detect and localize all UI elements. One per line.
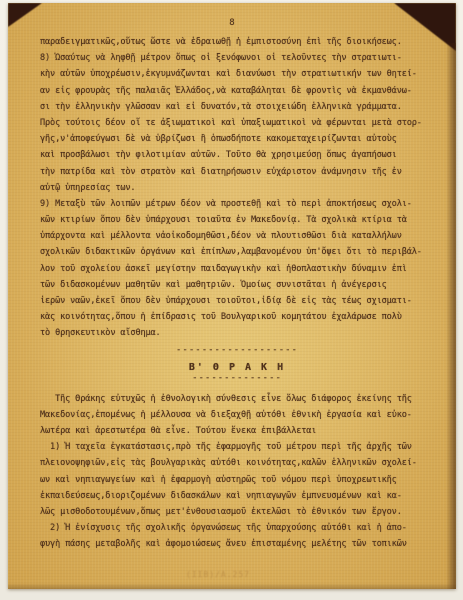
text-line: 8) Ὡσαύτως νὰ ληφθῇ μέτρον ὅπως οἱ ξενόφ… bbox=[40, 50, 434, 66]
page-edge-shadow-right bbox=[446, 43, 456, 589]
text-line: κῶν κτιρίων ὅπου δὲν ὑπάρχουσι τοιαῦτα ἐ… bbox=[40, 212, 434, 228]
faint-archive-mark: (ΙΙΒ)/Α.257 bbox=[186, 570, 250, 579]
page-edge-shadow-bottom bbox=[8, 583, 456, 589]
document-page: 8 παραδειγματικῶς,οὕτως ὥστε νὰ ἑδραιωθῇ… bbox=[8, 3, 456, 589]
text-line: λον τοῦ σχολείου ἀσκεῖ μεγίστην παιδαγωγ… bbox=[40, 261, 434, 277]
text-line: Μακεδονίας,ἑπομένως ἡ μέλλουσα νὰ διεξαχ… bbox=[40, 407, 434, 423]
thrace-paragraph: Τῆς Θράκης εὐτυχῶς ἡ ἐθνολογικὴ σύνθεσις… bbox=[40, 391, 434, 553]
text-line: ἐκπαιδεύσεως,διοριζομένων διδασκάλων καὶ… bbox=[40, 488, 434, 504]
text-line: λωτέρα καὶ ἀρεστωτέρα θὰ εἶνε. Τούτου ἕν… bbox=[40, 423, 434, 439]
text-line: Πρὸς τούτοις δέον οἵ τε ἀξιωματικοὶ καὶ … bbox=[40, 115, 434, 131]
text-line: ἱερῶν ναῶν,ἐκεῖ ὅπου δὲν ὑπάρχουσι τοιοῦ… bbox=[40, 293, 434, 309]
text-line: αὐτῷ ὑπηρεσίας των. bbox=[40, 180, 434, 196]
text-line: κὴν αὐτῶν ὑποχρέωσιν,ἐκγυμνάζωνται καὶ δ… bbox=[40, 66, 434, 82]
text-line: τὸ θρησκευτικὸν αἴσθημα. bbox=[40, 325, 434, 341]
text-line: λῶς μισθοδοτουμένων,ὅπως μετ'ἐνθουσιασμο… bbox=[40, 504, 434, 520]
text-line: φυγὴ πάσης μεταβολῆς καὶ ἀφομοιώσεως ἄνε… bbox=[40, 536, 434, 552]
scan-background: 8 παραδειγματικῶς,οὕτως ὥστε νὰ ἑδραιωθῇ… bbox=[0, 0, 463, 600]
text-line: ων καὶ νηπιαγωγείων καὶ ἡ ἐφαρμογὴ αὐστη… bbox=[40, 472, 434, 488]
text-line: 1) Ἡ ταχεῖα ἐγκατάστασις,πρὸ τῆς ἐφαρμογ… bbox=[40, 439, 434, 455]
text-line: τὴν πατρίδα καὶ τὸν στρατὸν καὶ διατηρήσ… bbox=[40, 164, 434, 180]
section-title-underline: -------------- bbox=[40, 374, 434, 382]
page-number: 8 bbox=[8, 3, 456, 28]
text-line: ὑπάρχοντα καὶ μέλλοντα νἀοἰκοδομηθῶσι,δέ… bbox=[40, 228, 434, 244]
text-line: κὰς κοινότητας,ὅπου ἡ ἐπίδρασις τοῦ Βουλ… bbox=[40, 309, 434, 325]
text-line: σι τὴν ἑλληνικὴν γλῶσσαν καὶ εἰ δυνατόν,… bbox=[40, 99, 434, 115]
text-line: σχολικῶν διδακτικῶν ὀργάνων καὶ ἐπίπλων,… bbox=[40, 244, 434, 260]
section-separator: ------------------- bbox=[40, 345, 434, 355]
text-line: αν εἰς φρουρὰς τῆς παλαιᾶς Ἑλλάδος,νὰ κα… bbox=[40, 83, 434, 99]
page-corner-shadow-topleft bbox=[8, 3, 42, 27]
section-title: Β' Θ Ρ Α Κ Η bbox=[40, 361, 434, 374]
text-line: γῆς,ν'ἀποφεύγωσι δὲ νὰ ὑβρίζωσι ἢ ὁπωσδή… bbox=[40, 131, 434, 147]
text-line: παραδειγματικῶς,οὕτως ὥστε νὰ ἑδραιωθῇ ἡ… bbox=[40, 34, 434, 50]
macedonia-paragraph: παραδειγματικῶς,οὕτως ὥστε νὰ ἑδραιωθῇ ἡ… bbox=[40, 34, 434, 342]
text-line: Τῆς Θράκης εὐτυχῶς ἡ ἐθνολογικὴ σύνθεσις… bbox=[40, 391, 434, 407]
typewritten-text: παραδειγματικῶς,οὕτως ὥστε νὰ ἑδραιωθῇ ἡ… bbox=[40, 34, 434, 552]
text-line: πλειονοψηφιῶν,εἰς τὰς βουλγαρικὰς αὐτόθι… bbox=[40, 455, 434, 471]
text-line: καὶ προσβάλωσι τὴν φιλοτιμίαν αὐτῶν. Τοῦ… bbox=[40, 147, 434, 163]
text-line: 9) Μεταξὺ τῶν λοιπῶν μέτρων δέον νὰ προσ… bbox=[40, 196, 434, 212]
text-line: 2) Ἡ ἐνίσχυσις τῆς σχολικῆς ὀργανώσεως τ… bbox=[40, 520, 434, 536]
text-line: τῶν διδασκομένων μαθητῶν καὶ μαθητριῶν. … bbox=[40, 277, 434, 293]
